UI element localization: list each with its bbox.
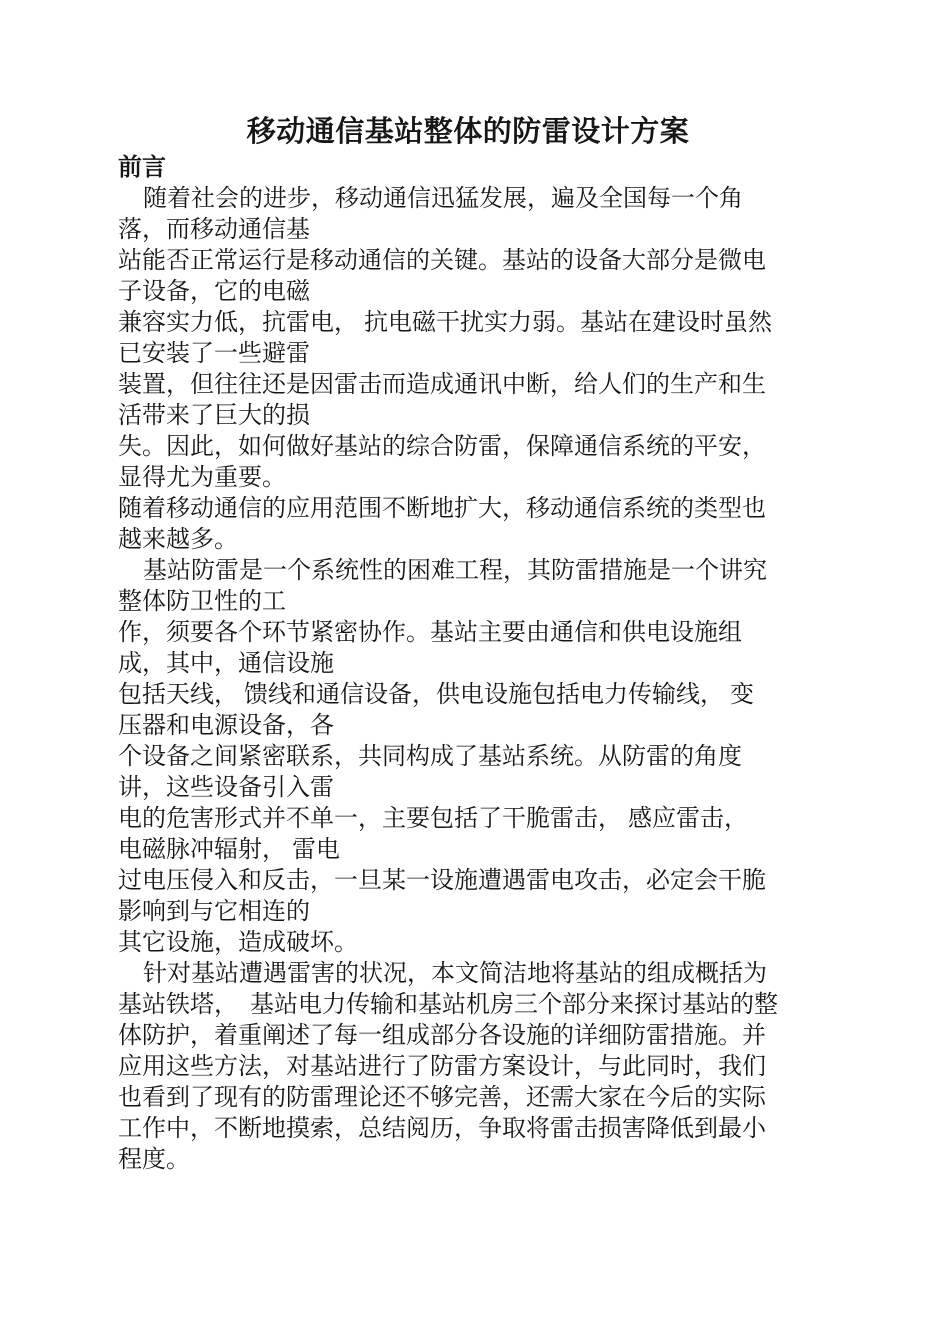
text-line: 基站铁塔， 基站电力传输和基站机房三个部分来探讨基站的整 xyxy=(118,990,818,1021)
document-title: 移动通信基站整体的防雷设计方案 xyxy=(118,112,818,153)
document-body: 随着社会的进步，移动通信迅猛发展，遍及全国每一个角落，而移动通信基站能否正常运行… xyxy=(118,184,818,1176)
text-line: 其它设施，造成破坏。 xyxy=(118,928,818,959)
text-line: 压器和电源设备，各 xyxy=(118,711,818,742)
text-line: 讲，这些设备引入雷 xyxy=(118,773,818,804)
text-line: 装置，但往往还是因雷击而造成通讯中断，给人们的生产和生 xyxy=(118,370,818,401)
text-line: 也看到了现有的防雷理论还不够完善，还需大家在今后的实际 xyxy=(118,1083,818,1114)
text-line: 基站防雷是一个系统性的困难工程，其防雷措施是一个讲究 xyxy=(118,556,818,587)
text-line: 整体防卫性的工 xyxy=(118,587,818,618)
text-line: 已安装了一些避雷 xyxy=(118,339,818,370)
text-line: 包括天线， 馈线和通信设备，供电设施包括电力传输线， 变 xyxy=(118,680,818,711)
text-line: 针对基站遭遇雷害的状况，本文简洁地将基站的组成概括为 xyxy=(118,959,818,990)
text-line: 显得尤为重要。 xyxy=(118,463,818,494)
text-line: 应用这些方法，对基站进行了防雷方案设计，与此同时，我们 xyxy=(118,1052,818,1083)
text-line: 电的危害形式并不单一，主要包括了干脆雷击， 感应雷击， xyxy=(118,804,818,835)
text-line: 程度。 xyxy=(118,1145,818,1176)
text-line: 随着移动通信的应用范围不断地扩大，移动通信系统的类型也 xyxy=(118,494,818,525)
text-line: 活带来了巨大的损 xyxy=(118,401,818,432)
text-line: 落，而移动通信基 xyxy=(118,215,818,246)
text-line: 个设备之间紧密联系，共同构成了基站系统。从防雷的角度 xyxy=(118,742,818,773)
text-line: 成，其中，通信设施 xyxy=(118,649,818,680)
text-line: 失。因此，如何做好基站的综合防雷，保障通信系统的平安， xyxy=(118,432,818,463)
text-line: 过电压侵入和反击，一旦某一设施遭遇雷电攻击，必定会干脆 xyxy=(118,866,818,897)
text-line: 越来越多。 xyxy=(118,525,818,556)
text-line: 兼容实力低，抗雷电， 抗电磁干扰实力弱。基站在建设时虽然 xyxy=(118,308,818,339)
text-line: 工作中，不断地摸索，总结阅历，争取将雷击损害降低到最小 xyxy=(118,1114,818,1145)
text-line: 站能否正常运行是移动通信的关键。基站的设备大部分是微电 xyxy=(118,246,818,277)
text-line: 作，须要各个环节紧密协作。基站主要由通信和供电设施组 xyxy=(118,618,818,649)
text-line: 体防护，着重阐述了每一组成部分各设施的详细防雷措施。并 xyxy=(118,1021,818,1052)
text-line: 电磁脉冲辐射， 雷电 xyxy=(118,835,818,866)
document-page: 移动通信基站整体的防雷设计方案 前言 随着社会的进步，移动通信迅猛发展，遍及全国… xyxy=(0,0,950,1341)
text-line: 子设备，它的电磁 xyxy=(118,277,818,308)
text-line: 随着社会的进步，移动通信迅猛发展，遍及全国每一个角 xyxy=(118,184,818,215)
section-heading-foreword: 前言 xyxy=(118,153,818,184)
text-line: 影响到与它相连的 xyxy=(118,897,818,928)
